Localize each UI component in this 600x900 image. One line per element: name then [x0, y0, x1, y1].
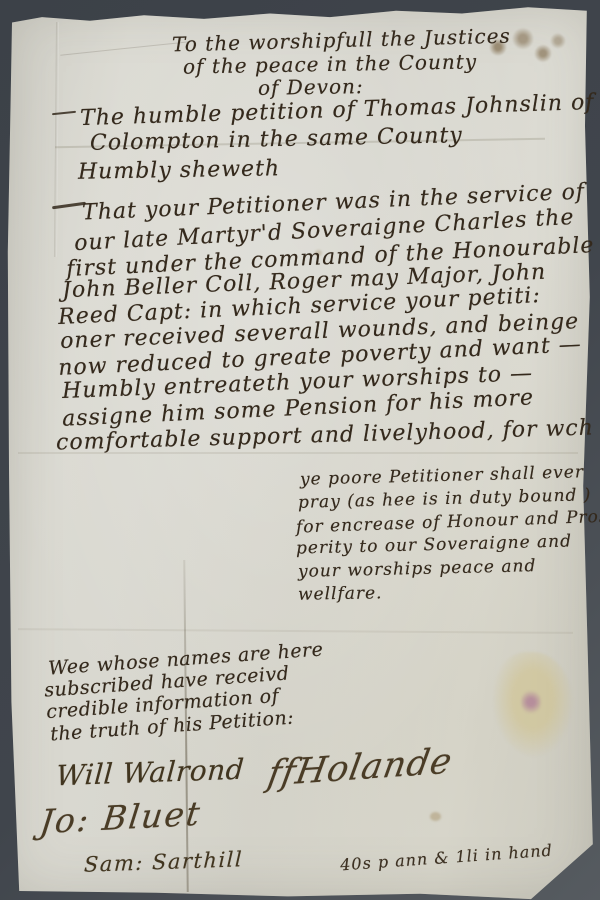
petition-closing-line: wellfare.: [298, 583, 383, 604]
photo-background: To the worshipfull the Justices of the p…: [0, 0, 600, 900]
signature-will-walrond: Will Walrond: [55, 753, 245, 793]
petition-salutation: Humbly sheweth: [78, 156, 281, 185]
petition-address-line-3: of Devon:: [258, 74, 364, 100]
